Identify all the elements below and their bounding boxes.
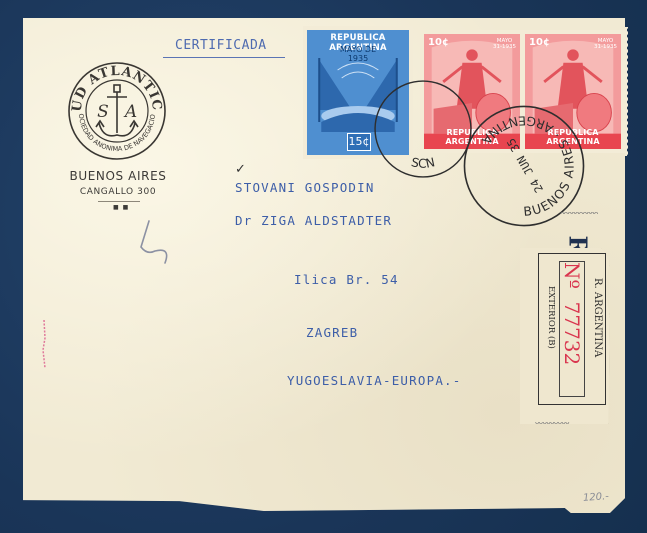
- recipient-street: Ilica Br. 54: [294, 272, 399, 287]
- recipient-country: YUGOESLAVIA-EUROPA.-: [287, 373, 462, 388]
- pencil-number-five: [135, 217, 175, 271]
- pink-ink-mark: [42, 320, 47, 368]
- registration-type: EXTERIOR (B): [546, 286, 556, 349]
- registration-country: R. ARGENTINA: [592, 278, 603, 357]
- stamp-date: MAYO DE1935: [307, 45, 409, 63]
- certificada-underline: [163, 57, 285, 58]
- stamp-date: MAYO31-1935: [493, 38, 516, 50]
- sender-dots: ■ ■: [113, 204, 129, 211]
- recipient-line-1: STOVANI GOSPODIN: [235, 180, 375, 195]
- svg-text:SUD ATLANTICA: SUD ATLANTICA: [67, 61, 164, 113]
- svg-text:SCN: SCN: [410, 155, 436, 171]
- certificada-mark: CERTIFICADA: [175, 38, 267, 53]
- svg-text:24 JUN 35: 24 JUN 35: [505, 136, 546, 195]
- svg-text:A: A: [123, 102, 137, 122]
- sender-address: CANGALLO 300: [62, 187, 174, 197]
- perforation-edge: ᴖᴖᴖᴖᴖᴖᴖᴖᴖᴖ: [560, 210, 598, 218]
- sender-city: BUENOS AIRES: [62, 169, 174, 183]
- stamp-value: 15¢: [347, 133, 371, 151]
- recipient-city: ZAGREB: [306, 325, 358, 340]
- recipient-line-2: Dr ZIGA ALDSTADTER: [235, 213, 392, 228]
- check-mark: ✓: [235, 162, 246, 177]
- perforation-edge: ᴗᴗᴗᴗᴗᴗᴗᴗᴗ: [535, 418, 569, 426]
- price-annotation: 120.-: [583, 491, 610, 504]
- postmark-partial: SCN: [372, 78, 474, 180]
- stamp-value: 10¢: [529, 37, 550, 48]
- sud-atlantica-logo: SUD ATLANTICA SOCIEDAD ANONIMA DE NAVEGA…: [67, 61, 167, 161]
- svg-text:S: S: [97, 102, 109, 122]
- registration-number: Nº 77732: [560, 262, 584, 365]
- stamp-date: MAYO31-1935: [594, 38, 617, 50]
- sender-divider: [98, 201, 140, 202]
- stamp-value: 10¢: [428, 37, 449, 48]
